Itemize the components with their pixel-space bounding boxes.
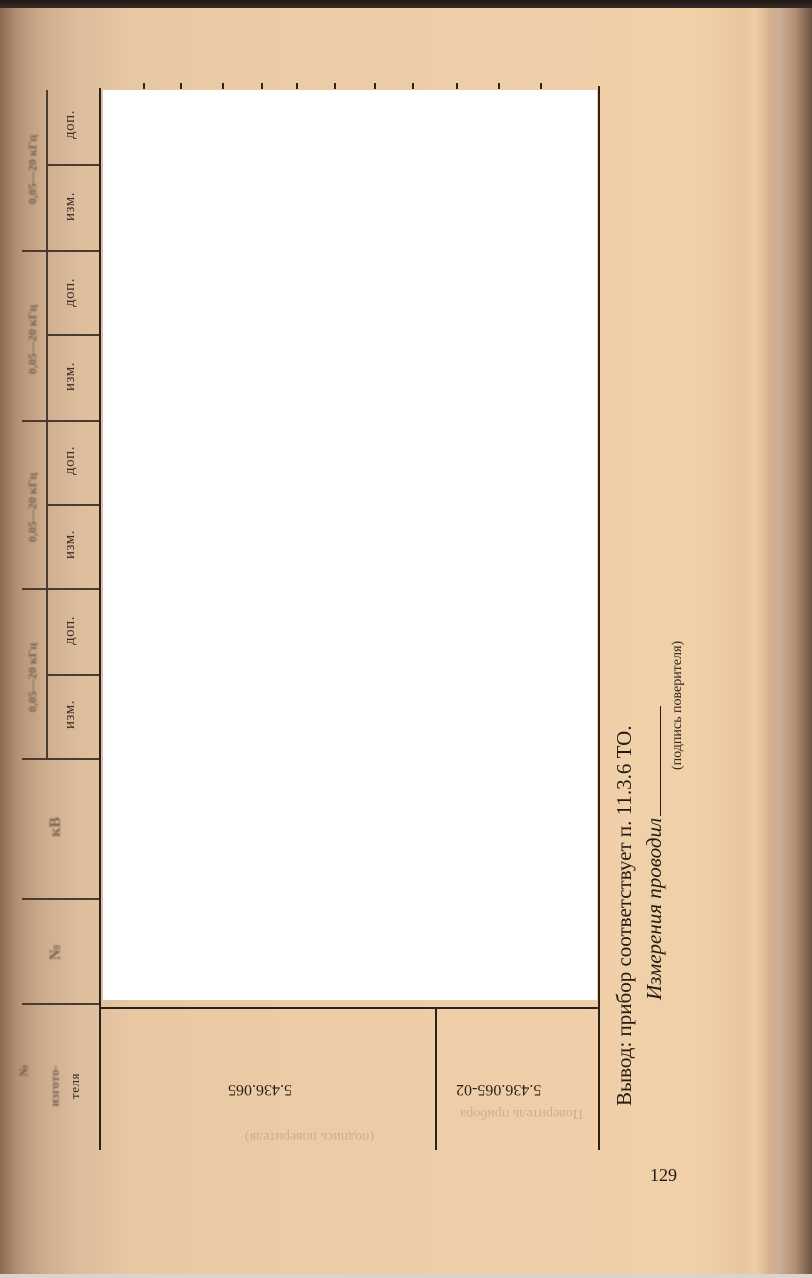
subcolumn-header-measured: изм. <box>62 700 79 729</box>
subcolumn-header-measured: изм. <box>62 530 79 559</box>
subcolumn-header-measured: изм. <box>62 362 79 391</box>
frequency-group-header: 0,05—20 кГц <box>25 473 40 542</box>
row-label-device: 5.436.065-02 <box>456 1080 541 1098</box>
table-row-divider <box>100 1007 598 1009</box>
signature-line <box>660 706 661 816</box>
page-number: 129 <box>650 1165 677 1186</box>
subcolumn-header-allowed: доп. <box>62 446 79 475</box>
table-right-border <box>598 86 600 1150</box>
frequency-group-header: 0,05—20 кГц <box>25 135 40 204</box>
table-left-border <box>99 88 101 1150</box>
subcolumn-separator <box>48 164 100 166</box>
row-label-device: 5.436.065 <box>228 1080 292 1098</box>
measured-by-line: Измерения проводил <box>642 706 667 1000</box>
redacted-table-body <box>103 90 597 1000</box>
subcolumn-separator <box>48 674 100 676</box>
group-separator <box>22 588 100 590</box>
conclusion-text: Вывод: прибор соответствует п. 11.3.6 ТО… <box>612 725 637 1106</box>
group-separator <box>22 420 100 422</box>
bleed-through-text: (подпись поверителя) <box>245 1128 374 1144</box>
voltage-column-header: кВ <box>47 817 65 837</box>
group-header-divider <box>46 90 48 758</box>
subcolumn-header-allowed: доп. <box>62 110 79 139</box>
subcolumn-separator <box>48 504 100 506</box>
subcolumn-header-allowed: доп. <box>62 278 79 307</box>
measured-by-label: Измерения проводил <box>642 818 666 1000</box>
manufacturer-header-line1: № <box>17 1064 32 1076</box>
table-column-divider <box>435 1008 437 1150</box>
subcolumn-header-measured: изм. <box>62 192 79 221</box>
column-separator <box>22 1003 100 1005</box>
bleed-through-text: Поверитель прибора <box>460 1105 583 1121</box>
subcolumn-separator <box>48 334 100 336</box>
manufacturer-header-line3: теля <box>67 1073 83 1099</box>
signature-caption: (подпись поверителя) <box>670 641 686 770</box>
group-separator <box>22 758 100 760</box>
subcolumn-header-allowed: доп. <box>62 616 79 645</box>
scan-bottom-edge <box>0 1274 812 1278</box>
scan-top-edge <box>0 0 812 8</box>
frequency-group-header: 0,05—20 кГц <box>25 305 40 374</box>
manufacturer-header-line2: изгото- <box>47 1065 63 1107</box>
column-separator <box>22 898 100 900</box>
group-separator <box>22 250 100 252</box>
number-column-header: № <box>47 944 65 960</box>
frequency-group-header: 0,05—20 кГц <box>25 643 40 712</box>
table-header: 0,05—20 кГц доп. изм. 0,05—20 кГц доп. и… <box>26 88 100 1150</box>
